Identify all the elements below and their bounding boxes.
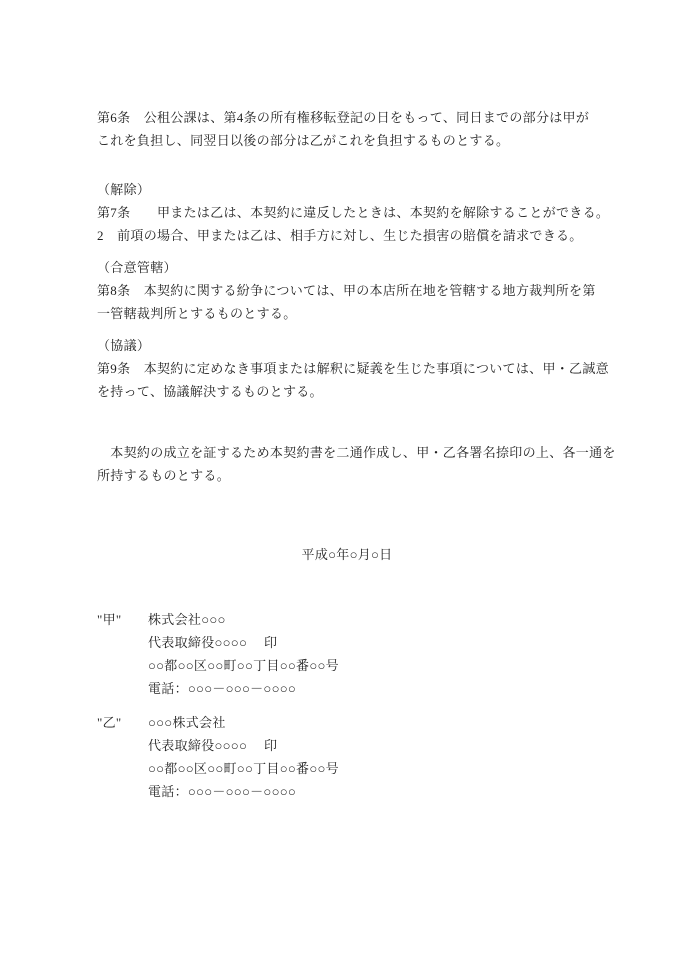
party-representative: 代表取締役○○○○ 印 xyxy=(148,631,597,654)
contract-body: 第6条 公租公課は、第4条の所有権移転登記の日をもって、同日までの部分は甲が こ… xyxy=(97,106,597,803)
article-7-text-line: 第7条 甲または乙は、本契約に違反したときは、本契約を解除することができる。 xyxy=(97,201,597,224)
closing-statement-line: 所持するものとする。 xyxy=(97,464,597,487)
section-heading-kaijo: （解除） xyxy=(97,178,597,201)
closing-statement: 本契約の成立を証するため本契約書を二通作成し、甲・乙各署名捺印の上、各一通を 所… xyxy=(97,441,597,487)
article-6-text-line: これを負担し、同翌日以後の部分は乙がこれを負担するものとする。 xyxy=(97,129,597,152)
party-company-name: ○○○株式会社 xyxy=(148,711,597,734)
document-page: 第6条 公租公課は、第4条の所有権移転登記の日をもって、同日までの部分は甲が こ… xyxy=(0,0,680,962)
section-heading-kyogi: （協議） xyxy=(97,334,597,357)
date-line: 平成○年○月○日 xyxy=(97,543,597,566)
article-6-text-line: 第6条 公租公課は、第4条の所有権移転登記の日をもって、同日までの部分は甲が xyxy=(97,106,597,129)
party-phone: 電話：○○○－○○○－○○○○ xyxy=(148,780,597,803)
party-label-otsu: "乙" xyxy=(97,711,148,734)
party-details-kou: 株式会社○○○ 代表取締役○○○○ 印 ○○都○○区○○町○○丁目○○番○○号 … xyxy=(148,608,597,700)
party-block-kou: "甲" 株式会社○○○ 代表取締役○○○○ 印 ○○都○○区○○町○○丁目○○番… xyxy=(97,608,597,700)
article-8-text-line: 第8条 本契約に関する紛争については、甲の本店所在地を管轄する地方裁判所を第 xyxy=(97,279,597,302)
article-9-text-line: を持って、協議解決するものとする。 xyxy=(97,380,597,403)
party-company-name: 株式会社○○○ xyxy=(148,608,597,631)
closing-statement-line: 本契約の成立を証するため本契約書を二通作成し、甲・乙各署名捺印の上、各一通を xyxy=(97,441,597,464)
section-heading-goi-kankatsu: （合意管轄） xyxy=(97,256,597,279)
article-8-section: （合意管轄） 第8条 本契約に関する紛争については、甲の本店所在地を管轄する地方… xyxy=(97,256,597,325)
article-7-clause-2-line: 2 前項の場合、甲または乙は、相手方に対し、生じた損害の賠償を請求できる。 xyxy=(97,224,597,247)
party-block-otsu: "乙" ○○○株式会社 代表取締役○○○○ 印 ○○都○○区○○町○○丁目○○番… xyxy=(97,711,597,803)
article-9-section: （協議） 第9条 本契約に定めなき事項または解釈に疑義を生じた事項については、甲… xyxy=(97,334,597,403)
party-details-otsu: ○○○株式会社 代表取締役○○○○ 印 ○○都○○区○○町○○丁目○○番○○号 … xyxy=(148,711,597,803)
party-phone: 電話：○○○－○○○－○○○○ xyxy=(148,677,597,700)
party-representative: 代表取締役○○○○ 印 xyxy=(148,734,597,757)
article-7-section: （解除） 第7条 甲または乙は、本契約に違反したときは、本契約を解除することがで… xyxy=(97,178,597,247)
party-label-kou: "甲" xyxy=(97,608,148,631)
article-6-section: 第6条 公租公課は、第4条の所有権移転登記の日をもって、同日までの部分は甲が こ… xyxy=(97,106,597,152)
party-address: ○○都○○区○○町○○丁目○○番○○号 xyxy=(148,757,597,780)
article-8-text-line: 一管轄裁判所とするものとする。 xyxy=(97,302,597,325)
article-9-text-line: 第9条 本契約に定めなき事項または解釈に疑義を生じた事項については、甲・乙誠意 xyxy=(97,357,597,380)
party-address: ○○都○○区○○町○○丁目○○番○○号 xyxy=(148,654,597,677)
